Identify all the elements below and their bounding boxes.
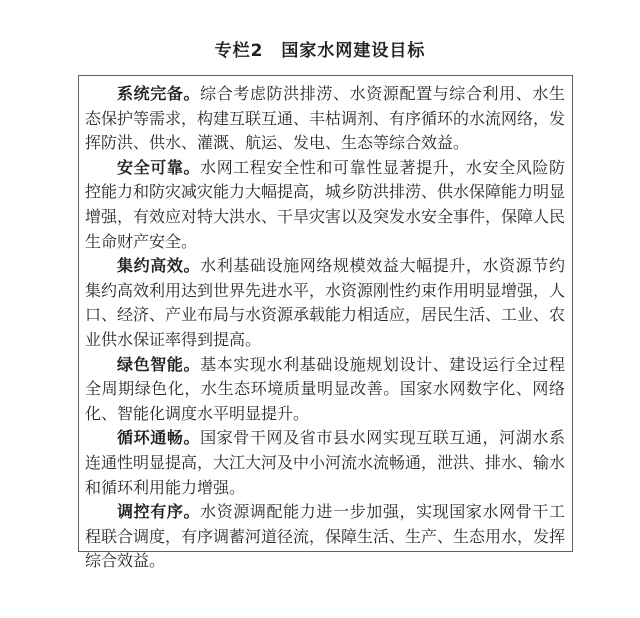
paragraph-lead: 系统完备。 <box>117 84 200 103</box>
callout-box: 系统完备。综合考虑防洪排涝、水资源配置与综合利用、水生态保护等需求，构建互联互通… <box>78 75 573 552</box>
document-page: 专栏2 国家水网建设目标 系统完备。综合考虑防洪排涝、水资源配置与综合利用、水生… <box>0 0 640 618</box>
paragraph-lead: 绿色智能。 <box>117 355 200 374</box>
paragraph-lead: 调控有序。 <box>117 502 200 521</box>
paragraph: 循环通畅。国家骨干网及省市县水网实现互联互通，河湖水系连通性明显提高，大江大河及… <box>85 426 565 500</box>
paragraph: 调控有序。水资源调配能力进一步加强，实现国家水网骨干工程联合调度，有序调蓄河道径… <box>85 500 565 574</box>
paragraph-lead: 安全可靠。 <box>117 158 200 177</box>
paragraph: 安全可靠。水网工程安全性和可靠性显著提升，水安全风险防控能力和防灾减灾能力大幅提… <box>85 156 565 254</box>
paragraph: 集约高效。水利基础设施网络规模效益大幅提升，水资源节约集约高效利用达到世界先进水… <box>85 254 565 352</box>
page-title: 专栏2 国家水网建设目标 <box>0 36 640 61</box>
paragraph: 绿色智能。基本实现水利基础设施规划设计、建设运行全过程全周期绿色化，水生态环境质… <box>85 353 565 427</box>
paragraph-lead: 集约高效。 <box>117 256 200 275</box>
paragraph: 系统完备。综合考虑防洪排涝、水资源配置与综合利用、水生态保护等需求，构建互联互通… <box>85 82 565 156</box>
paragraph-lead: 循环通畅。 <box>117 428 200 447</box>
